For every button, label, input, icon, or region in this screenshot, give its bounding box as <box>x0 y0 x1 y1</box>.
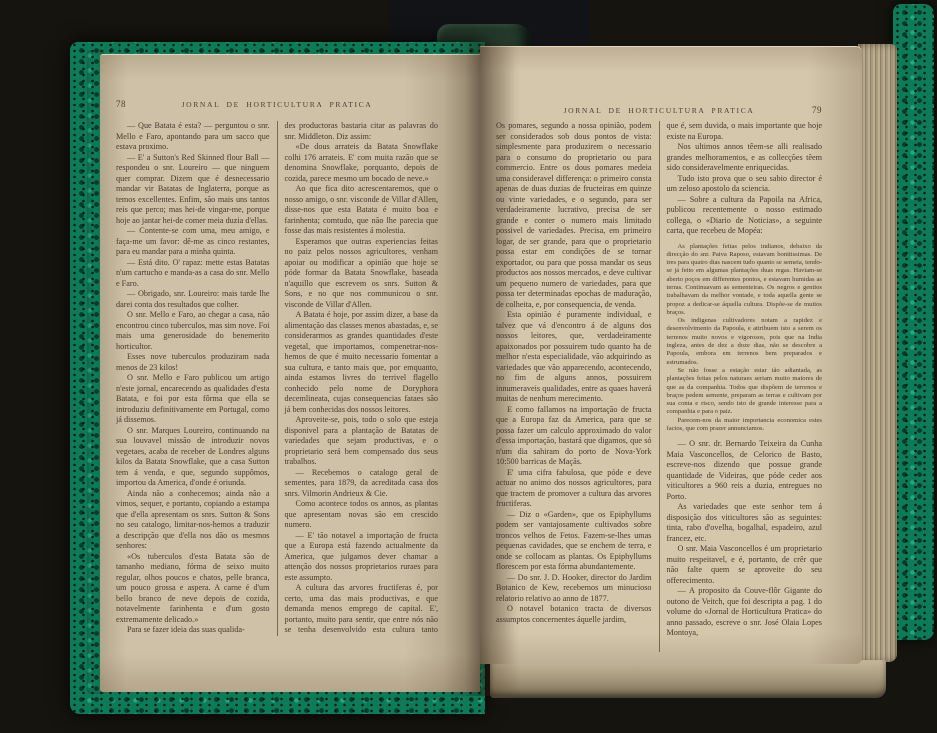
paragraph: — Obrigado, snr. Loureiro: mais tarde lh… <box>116 289 270 310</box>
paragraph: des productoras bastaria citar as palavr… <box>285 121 439 142</box>
paragraph: — Que Batata é esta? — perguntou o snr. … <box>116 121 270 153</box>
book-photo-scene: 78 JORNAL DE HORTICULTURA PRATICA — Que … <box>0 0 937 733</box>
paragraph: Os indigenas cultivadores notam a rapide… <box>667 317 823 367</box>
paragraph: — A proposito da Couve-flôr Gigante do o… <box>667 586 823 639</box>
left-page-header: 78 JORNAL DE HORTICULTURA PRATICA <box>116 99 438 109</box>
left-page-number: 78 <box>116 99 150 109</box>
paragraph: Os pomares, segundo a nossa opinião, pod… <box>496 121 652 310</box>
paragraph: As variedades que este senhor tem á disp… <box>667 502 823 544</box>
page79-column-2: que é, sem duvida, o mais importante que… <box>659 121 823 652</box>
left-running-title: JORNAL DE HORTICULTURA PRATICA <box>150 100 404 109</box>
left-page: 78 JORNAL DE HORTICULTURA PRATICA — Que … <box>100 54 480 692</box>
paragraph: E como fallamos na importação de fructa … <box>496 405 652 468</box>
paragraph: Parecem-nos da maior importancia economi… <box>667 417 823 434</box>
paragraph: O snr. Marques Loureiro, continuando na … <box>116 426 270 489</box>
paragraph: Se não fosse a estação estar tão adianta… <box>667 367 823 417</box>
paragraph: «Os tuberculos d'esta Batata são de tama… <box>116 552 270 626</box>
page78-column-1: — Que Batata é esta? — perguntou o snr. … <box>116 121 277 636</box>
page-edge-stack-bottom <box>490 660 886 698</box>
paragraph: O notavel botanico tracta de diversos as… <box>496 604 652 625</box>
paragraph: Ainda não a conhecemos; ainda não a vimo… <box>116 489 270 552</box>
paragraph: Nos ultimos annos têem-se alli realisado… <box>667 142 823 174</box>
paragraph: «De dous arrateis da Batata Snowflake co… <box>285 142 439 184</box>
right-page-text-area: Os pomares, segundo a nossa opinião, pod… <box>496 121 822 652</box>
paragraph: Esses nove tuberculos produziram nada me… <box>116 352 270 373</box>
paragraph: — E' a Sutton's Red Skinned flour Ball —… <box>116 153 270 227</box>
page79-column-1: Os pomares, segundo a nossa opinião, pod… <box>496 121 659 652</box>
left-page-text-area: — Que Batata é esta? — perguntou o snr. … <box>116 121 438 636</box>
paragraph: — Diz o «Garden», que os Epiphyllums pod… <box>496 510 652 573</box>
paragraph: — Está dito. O' rapaz: mette estas Batat… <box>116 258 270 290</box>
paragraph: — Sobre a cultura da Papoila na Africa, … <box>667 195 823 237</box>
paragraph: Aproveite-se, pois, todo o solo que este… <box>285 415 439 468</box>
paragraph: — Do snr. J. D. Hooker, director do Jard… <box>496 573 652 605</box>
right-page: JORNAL DE HORTICULTURA PRATICA 79 Os pom… <box>480 46 862 664</box>
paragraph: — Contente-se com uma, meu amigo, e faça… <box>116 226 270 258</box>
paragraph: A Batata é hoje, por assim dizer, a base… <box>285 310 439 415</box>
paragraph: E' uma cifra fabulosa, que póde e deve a… <box>496 468 652 510</box>
right-page-header: JORNAL DE HORTICULTURA PRATICA 79 <box>496 105 822 115</box>
book-cover-right-board <box>893 4 934 640</box>
paragraph: Esperamos que outras experiencias feitas… <box>285 237 439 311</box>
right-running-title: JORNAL DE HORTICULTURA PRATICA <box>530 106 788 115</box>
paragraph: Como acontece todos os annos, as plantas… <box>285 499 439 531</box>
page78-column-2: des productoras bastaria citar as palavr… <box>277 121 439 636</box>
page-edge-stack-right <box>858 44 897 662</box>
paragraph: — O snr. dr. Bernardo Teixeira da Cunha … <box>667 439 823 502</box>
paragraph: A cultura das arvores fructiferas é, por… <box>285 583 439 636</box>
paragraph: O snr. Maia Vasconcellos é um proprietar… <box>667 544 823 586</box>
right-page-number: 79 <box>788 105 822 115</box>
paragraph: O snr. Mello e Faro, ao chegar a casa, n… <box>116 310 270 352</box>
paragraph: As plantações feitas pelos indianos, deb… <box>667 243 823 318</box>
paragraph: Tudo isto prova que o seu sabio director… <box>667 174 823 195</box>
paragraph: Esta opinião é puramente individual, e t… <box>496 310 652 405</box>
paragraph: — E' tão notavel a importação de fructa … <box>285 531 439 584</box>
paragraph: O snr. Mello e Faro publicou um artigo n… <box>116 373 270 426</box>
paragraph: Para se fazer ideia das suas qualida- <box>116 625 270 636</box>
paragraph: Ao que fica dito acrescentaremos, que o … <box>285 184 439 237</box>
paragraph: que é, sem duvida, o mais importante que… <box>667 121 823 142</box>
paragraph: — Recebemos o catalogo geral de sementes… <box>285 468 439 500</box>
